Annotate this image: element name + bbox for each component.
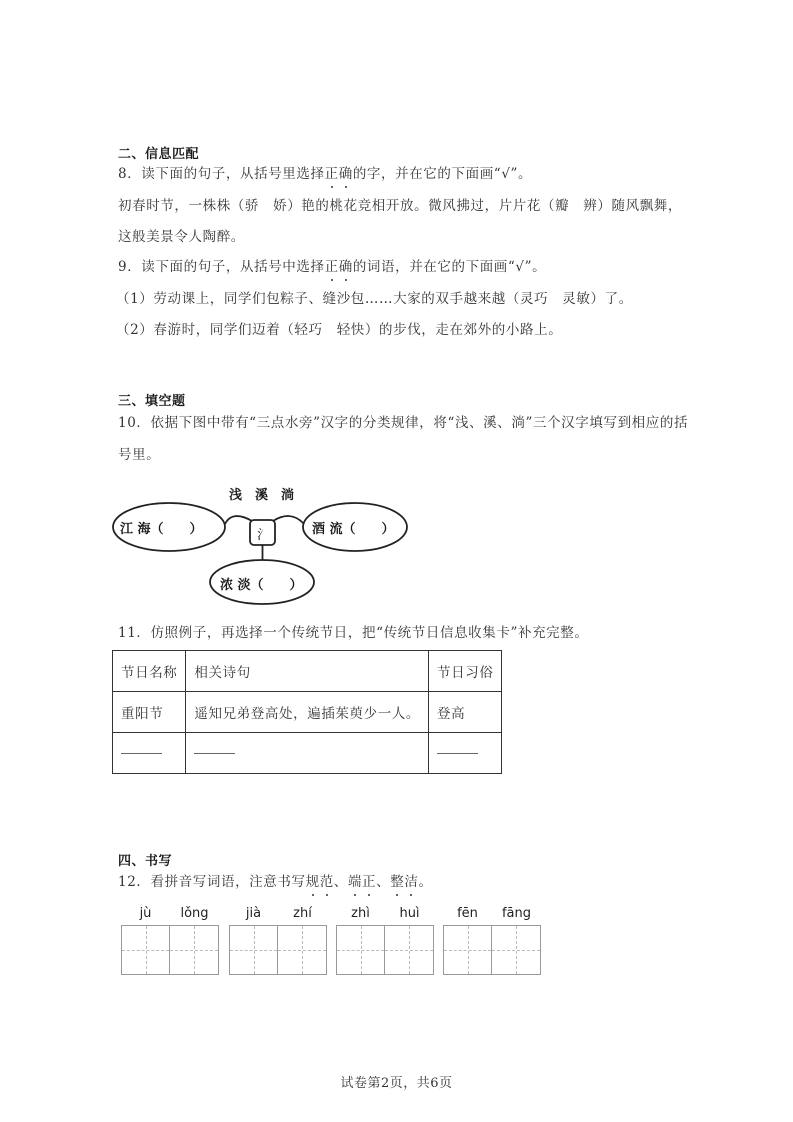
- blank-line: [121, 753, 162, 754]
- writing-grid-word-2: [229, 925, 327, 976]
- question-8-sentence-line1: 初春时节，一株株（骄 娇）艳的桃花竞相开放。微风拂过，片片花（瓣 辨）随风飘舞，: [118, 197, 682, 215]
- question-11-prompt: 11．仿照例子，再选择一个传统节日，把“传统节日信息收集卡”补充完整。: [118, 624, 588, 642]
- writing-cell[interactable]: [385, 925, 434, 975]
- header-related-poem: 相关诗句: [186, 651, 429, 692]
- emphasis-char: 正: [362, 873, 376, 891]
- writing-cell[interactable]: [170, 925, 219, 975]
- writing-grid-word-4: [443, 925, 541, 976]
- answer-blank-festival-name[interactable]: [113, 733, 186, 774]
- q9-prompt-text: 9．读下面的句子，从括号中选择: [118, 259, 325, 275]
- bottom-group-label: 浓 淡（ ）: [220, 574, 303, 593]
- answer-blank-related-poem[interactable]: [186, 733, 429, 774]
- pinyin-label: jià: [229, 906, 278, 921]
- writing-grid-word-3: [336, 925, 434, 976]
- section-title-writing: 四、书写: [118, 850, 172, 869]
- q8-prompt-text: 8．读下面的句子，从括号里选择: [118, 166, 325, 182]
- pinyin-label: zhì: [336, 906, 385, 921]
- answer-blank-festival-custom[interactable]: [429, 733, 502, 774]
- period: 。: [418, 874, 432, 890]
- separator: 、: [334, 874, 348, 890]
- cell-festival-name: 重阳节: [113, 692, 186, 733]
- water-radical-box: 氵: [257, 524, 270, 543]
- section-title-fill-blank: 三、填空题: [118, 390, 186, 409]
- emphasis-char: 确: [339, 258, 353, 276]
- writing-cell[interactable]: [336, 925, 385, 975]
- q8-prompt-text: 的字，并在它的下面画“√”。: [353, 166, 532, 182]
- question-8-prompt: 8．读下面的句子，从括号里选择正确的字，并在它的下面画“√”。: [118, 165, 532, 183]
- writing-cell[interactable]: [492, 925, 541, 975]
- question-8-sentence-line2: 这般美景令人陶醉。: [118, 228, 245, 246]
- writing-cell[interactable]: [278, 925, 327, 975]
- question-12-prompt: 12．看拼音写词语，注意书写规范、端正、整洁。: [118, 873, 433, 891]
- table-header-row: 节日名称 相关诗句 节日习俗: [113, 651, 502, 692]
- emphasis-char: 正: [325, 258, 339, 276]
- table-row-blank: [113, 733, 502, 774]
- writing-cell[interactable]: [443, 925, 492, 975]
- cell-festival-custom: 登高: [429, 692, 502, 733]
- emphasis-char: 确: [339, 165, 353, 183]
- question-10-prompt-line1: 10．依据下图中带有“三点水旁”汉字的分类规律，将“浅、溪、淌”三个汉字填写到相…: [118, 414, 688, 432]
- writing-cell[interactable]: [121, 925, 170, 975]
- emphasis-char: 整: [390, 873, 404, 891]
- blank-line: [194, 753, 235, 754]
- pinyin-label: jù: [121, 906, 170, 921]
- q12-prompt-text: 12．看拼音写词语，注意书写: [118, 874, 306, 890]
- emphasis-char: 范: [320, 873, 334, 891]
- page-footer: 试卷第2页，共6页: [0, 1072, 793, 1091]
- cell-related-poem: 遥知兄弟登高处，遍插茱萸少一人。: [186, 692, 429, 733]
- section-title-info-matching: 二、信息匹配: [118, 143, 199, 162]
- emphasis-char: 正: [325, 165, 339, 183]
- writing-cell[interactable]: [229, 925, 278, 975]
- emphasis-char: 端: [348, 873, 362, 891]
- table-row: 重阳节 遥知兄弟登高处，遍插茱萸少一人。 登高: [113, 692, 502, 733]
- emphasis-char: 规: [306, 873, 320, 891]
- question-9-prompt: 9．读下面的句子，从括号中选择正确的词语，并在它的下面画“√”。: [118, 258, 546, 276]
- festival-info-card-table: 节日名称 相关诗句 节日习俗 重阳节 遥知兄弟登高处，遍插茱萸少一人。 登高: [112, 650, 502, 774]
- question-9-item-2: （2）春游时，同学们迈着（轻巧 轻快）的步伐，走在郊外的小路上。: [116, 321, 562, 339]
- blank-line: [437, 753, 478, 754]
- right-group-label: 酒 流（ ）: [312, 518, 395, 537]
- pinyin-label: lǒng: [170, 906, 219, 921]
- left-group-label: 江 海（ ）: [120, 518, 203, 537]
- header-festival-name: 节日名称: [113, 651, 186, 692]
- question-10-prompt-line2: 号里。: [118, 446, 160, 464]
- question-9-item-1: （1）劳动课上，同学们包粽子、缝沙包……大家的双手越来越（灵巧 灵敏）了。: [116, 290, 633, 308]
- pinyin-label: huì: [385, 906, 434, 921]
- separator: 、: [376, 874, 390, 890]
- emphasis-char: 洁: [404, 873, 418, 891]
- header-festival-custom: 节日习俗: [429, 651, 502, 692]
- writing-grid-word-1: [121, 925, 219, 976]
- q9-prompt-text: 的词语，并在它的下面画“√”。: [353, 259, 546, 275]
- pinyin-label: fāng: [492, 906, 541, 921]
- diagram-characters-to-sort: 浅 溪 淌: [229, 484, 294, 503]
- pinyin-label: zhí: [278, 906, 327, 921]
- radical-classification-diagram: 浅 溪 淌 氵 江 海（ ） 酒 流（ ） 浓 淡（ ）: [112, 480, 412, 615]
- pinyin-label: fēn: [443, 906, 492, 921]
